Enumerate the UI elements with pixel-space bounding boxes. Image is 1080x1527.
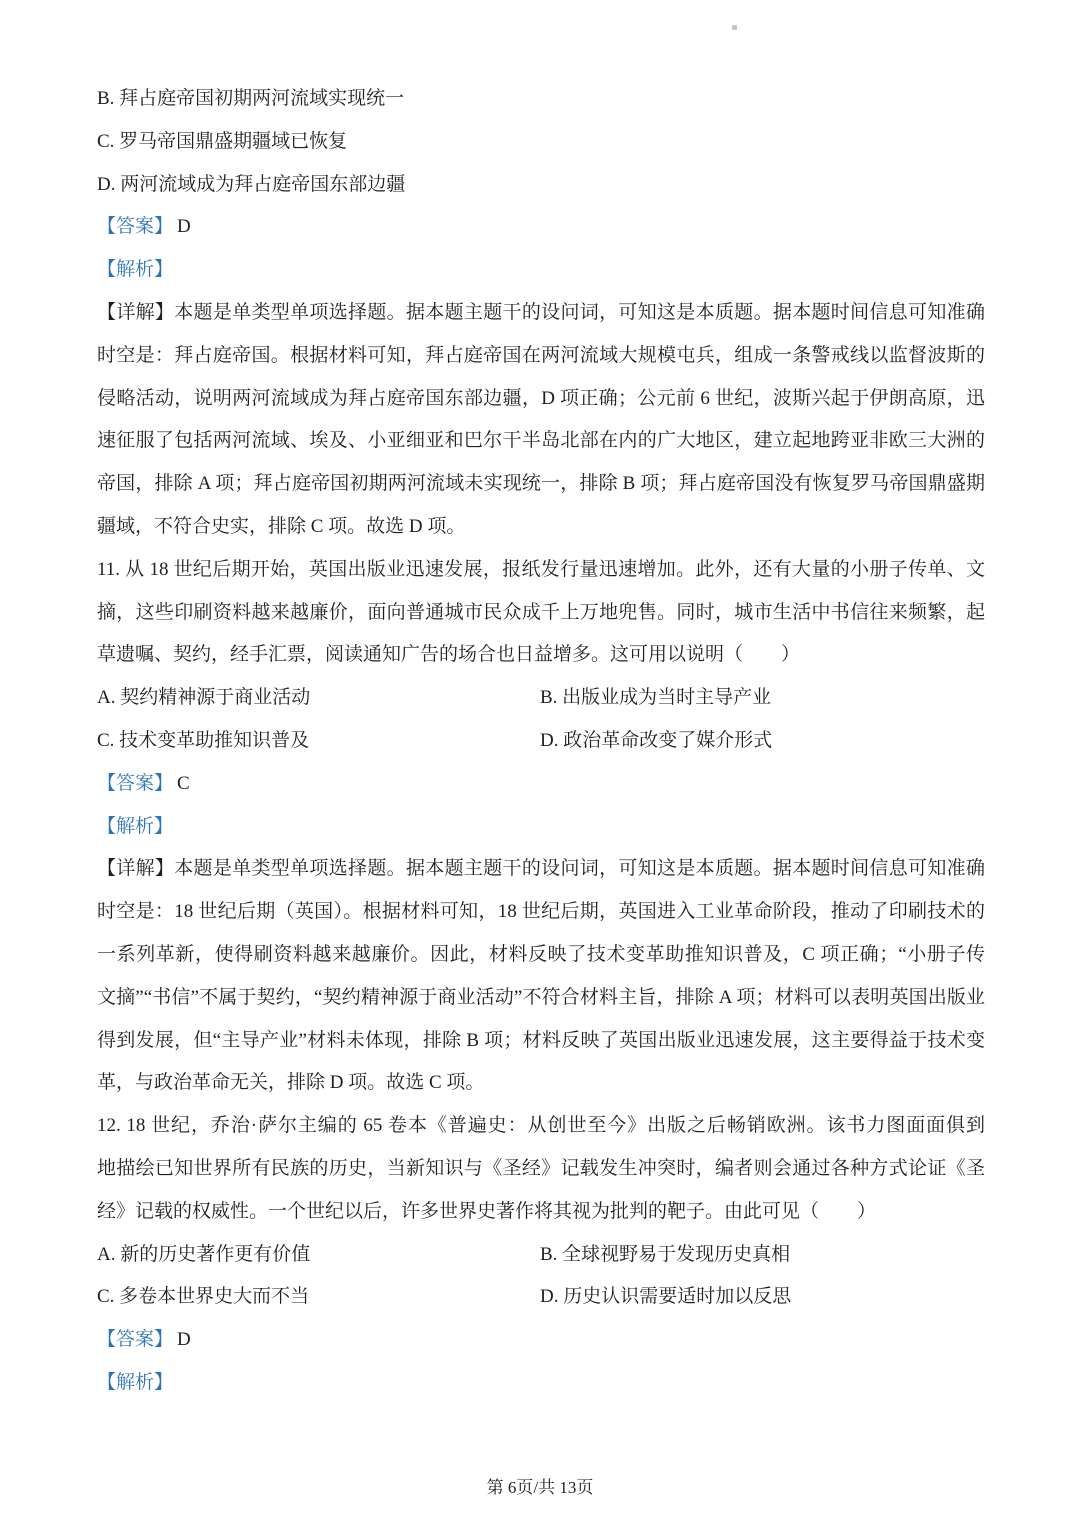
q12-options-row: A. 新的历史著作更有价值B. 全球视野易于发现历史真相	[97, 1234, 985, 1277]
q12-stem-line: 经》记载的权威性。一个世纪以后，许多世界史著作将其视为批判的靶子。由此可见（ ）	[97, 1191, 985, 1234]
answer-label: 【答案】	[97, 1329, 173, 1350]
answer-label: 【答案】	[97, 216, 173, 237]
q10-detail-line: 速征服了包括两河流域、埃及、小亚细亚和巴尔干半岛北部在内的广大地区，建立起地跨亚…	[97, 420, 985, 463]
q11-option-a: A. 契约精神源于商业活动	[97, 677, 540, 720]
analysis-label: 【解析】	[97, 816, 173, 837]
stray-mark	[732, 25, 737, 30]
q10-detail-line: 帝国，排除 A 项；拜占庭帝国初期两河流域未实现统一，排除 B 项；拜占庭帝国没…	[97, 463, 985, 506]
q11-stem-line: 11. 从 18 世纪后期开始，英国出版业迅速发展，报纸发行量迅速增加。此外，还…	[97, 549, 985, 592]
q11-detail-line: 得到发展，但“主导产业”材料未体现，排除 B 项；材料反映了英国出版业迅速发展，…	[97, 1020, 985, 1063]
q10-option-d: D. 两河流域成为拜占庭帝国东部边疆	[97, 164, 985, 207]
q12-answer-value: D	[177, 1329, 191, 1350]
q10-answer-line: 【答案】D	[97, 206, 985, 249]
page-footer: 第 6页/共 13页	[0, 1477, 1080, 1499]
q12-stem-line: 地描绘已知世界所有民族的历史，当新知识与《圣经》记载发生冲突时，编者则会通过各种…	[97, 1148, 985, 1191]
q11-stem-line: 草遗嘱、契约，经手汇票，阅读通知广告的场合也日益增多。这可用以说明（ ）	[97, 634, 985, 677]
q10-answer-value: D	[177, 216, 191, 237]
q12-answer-line: 【答案】D	[97, 1319, 985, 1362]
q10-option-b: B. 拜占庭帝国初期两河流域实现统一	[97, 78, 985, 121]
q12-option-a: A. 新的历史著作更有价值	[97, 1234, 540, 1277]
page-content: B. 拜占庭帝国初期两河流域实现统一 C. 罗马帝国鼎盛期疆域已恢复 D. 两河…	[97, 78, 985, 1405]
q10-detail-line: 【详解】本题是单类型单项选择题。据本题主题干的设问词，可知这是本质题。据本题时间…	[97, 292, 985, 335]
q12-stem-line: 12. 18 世纪，乔治·萨尔主编的 65 卷本《普遍史：从创世至今》出版之后畅…	[97, 1105, 985, 1148]
q11-option-d: D. 政治革命改变了媒介形式	[540, 730, 772, 751]
q11-detail-line: 时空是：18 世纪后期（英国）。根据材料可知，18 世纪后期，英国进入工业革命阶…	[97, 891, 985, 934]
q11-stem-line: 摘，这些印刷资料越来越廉价，面向普通城市民众成千上万地兜售。同时，城市生活中书信…	[97, 592, 985, 635]
q11-detail-line: 一系列革新，使得刷资料越来越廉价。因此，材料反映了技术变革助推知识普及，C 项正…	[97, 934, 985, 977]
q11-detail-line: 【详解】本题是单类型单项选择题。据本题主题干的设问词，可知这是本质题。据本题时间…	[97, 848, 985, 891]
q12-option-c: C. 多卷本世界史大而不当	[97, 1276, 540, 1319]
document-page: B. 拜占庭帝国初期两河流域实现统一 C. 罗马帝国鼎盛期疆域已恢复 D. 两河…	[0, 0, 1080, 1527]
q11-options-row: C. 技术变革助推知识普及D. 政治革命改变了媒介形式	[97, 720, 985, 763]
q12-analysis-line: 【解析】	[97, 1362, 985, 1405]
q11-options-row: A. 契约精神源于商业活动B. 出版业成为当时主导产业	[97, 677, 985, 720]
q11-analysis-line: 【解析】	[97, 806, 985, 849]
q11-answer-line: 【答案】C	[97, 763, 985, 806]
q11-answer-value: C	[177, 773, 190, 794]
q11-detail-line: 文摘”“书信”不属于契约，“契约精神源于商业活动”不符合材料主旨，排除 A 项；…	[97, 977, 985, 1020]
q10-option-c: C. 罗马帝国鼎盛期疆域已恢复	[97, 121, 985, 164]
page-number: 第 6页/共 13页	[487, 1478, 594, 1497]
q11-detail-line: 革，与政治革命无关，排除 D 项。故选 C 项。	[97, 1062, 985, 1105]
q12-option-b: B. 全球视野易于发现历史真相	[540, 1244, 790, 1265]
q10-detail-line: 疆域，不符合史实，排除 C 项。故选 D 项。	[97, 506, 985, 549]
q11-option-b: B. 出版业成为当时主导产业	[540, 687, 771, 708]
analysis-label: 【解析】	[97, 259, 173, 280]
q10-analysis-line: 【解析】	[97, 249, 985, 292]
q12-options-row: C. 多卷本世界史大而不当D. 历史认识需要适时加以反思	[97, 1276, 985, 1319]
q10-detail-line: 时空是：拜占庭帝国。根据材料可知，拜占庭帝国在两河流域大规模屯兵，组成一条警戒线…	[97, 335, 985, 378]
q10-detail-line: 侵略活动，说明两河流域成为拜占庭帝国东部边疆，D 项正确；公元前 6 世纪，波斯…	[97, 378, 985, 421]
answer-label: 【答案】	[97, 773, 173, 794]
q11-option-c: C. 技术变革助推知识普及	[97, 720, 540, 763]
analysis-label: 【解析】	[97, 1372, 173, 1393]
q12-option-d: D. 历史认识需要适时加以反思	[540, 1286, 791, 1307]
